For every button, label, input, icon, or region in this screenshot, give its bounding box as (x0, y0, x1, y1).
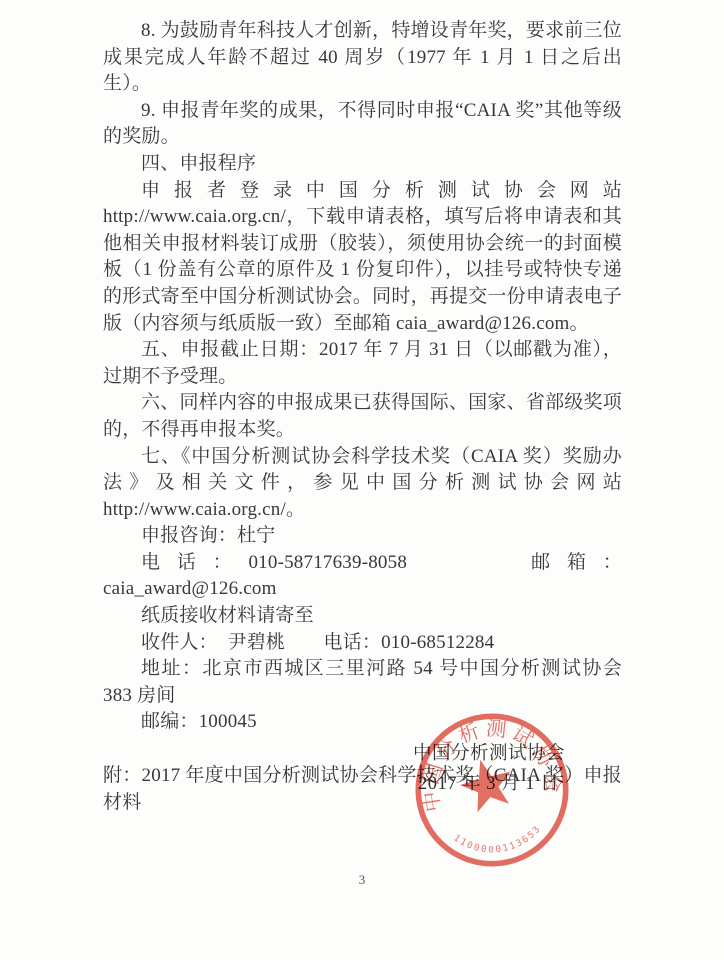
signature-date: 2017 年 3 月 1 日 (413, 770, 565, 800)
paragraph-reference: 七、《中国分析测试协会科学技术奖（CAIA 奖）奖励办法》及相关文件，参见中国分… (103, 444, 622, 524)
recipient-line: 收件人： 尹碧桃 电话：010-68512284 (103, 630, 622, 657)
paragraph-deadline: 五、申报截止日期：2017 年 7 月 31 日（以邮戳为准），过期不予受理。 (103, 337, 622, 390)
signature-block: 中国分析测试协会 2017 年 3 月 1 日 (413, 740, 565, 799)
contact-phone-email-line: 电话：010-58717639-8058 邮箱：caia_award@126.c… (103, 550, 622, 603)
contact-person-line: 申报咨询：杜宁 (103, 523, 622, 550)
address-line: 地址：北京市西城区三里河路 54 号中国分析测试协会 383 房间 (103, 656, 622, 709)
page-number: 3 (0, 872, 724, 888)
paragraph-item-8: 8. 为鼓励青年科技人才创新，特增设青年奖，要求前三位成果完成人年龄不超过 40… (103, 18, 622, 98)
postcode-line: 邮编：100045 (103, 709, 622, 736)
seal-serial-number: 1100000113653 (450, 822, 546, 861)
mailing-intro-line: 纸质接收材料请寄至 (103, 603, 622, 630)
document-page: 8. 为鼓励青年科技人才创新，特增设青年奖，要求前三位成果完成人年龄不超过 40… (0, 0, 724, 960)
document-body: 8. 为鼓励青年科技人才创新，特增设青年奖，要求前三位成果完成人年龄不超过 40… (103, 18, 622, 816)
signature-org-name: 中国分析测试协会 (413, 740, 565, 770)
section-heading-4: 四、申报程序 (103, 151, 622, 178)
paragraph-item-9: 9. 申报青年奖的成果，不得同时申报“CAIA 奖”其他等级的奖励。 (103, 98, 622, 151)
paragraph-exclusion: 六、同样内容的申报成果已获得国际、国家、省部级奖项的，不得再申报本奖。 (103, 390, 622, 443)
paragraph-procedure: 申报者登录中国分析测试协会网站 http://www.caia.org.cn/，… (103, 178, 622, 338)
